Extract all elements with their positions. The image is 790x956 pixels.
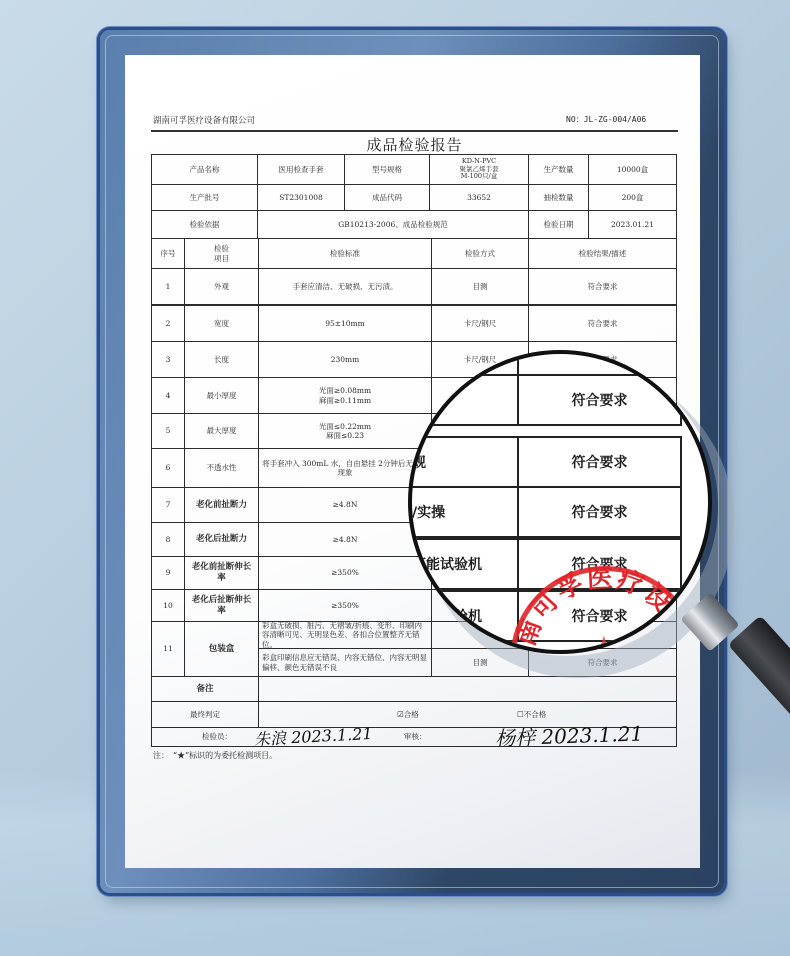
report-title: 成品检验报告 <box>151 134 678 155</box>
magnified-method: 厚度规 <box>408 436 519 488</box>
row-no: 10 <box>151 589 185 622</box>
magnified-result: 符合要求 <box>517 436 682 488</box>
value-batch: ST2301008 <box>257 184 345 211</box>
row-no: 11 <box>151 621 185 677</box>
label-batch: 生产批号 <box>151 184 258 211</box>
magnified-method: 电子万能试验机 <box>408 538 519 590</box>
row-item: 最小厚度 <box>184 377 259 414</box>
magnified-result: 符合要求 <box>517 374 682 426</box>
row-no: 4 <box>151 377 185 414</box>
company-name: 湖南可孚医疗设备有限公司 <box>153 114 255 126</box>
row-no: 3 <box>151 341 185 378</box>
row-no: 2 <box>151 305 185 342</box>
label-final: 最终判定 <box>151 701 259 728</box>
reviewer-signature: 杨梓 2023.1.21 <box>495 717 644 751</box>
label-sample-qty: 抽检数量 <box>528 184 589 211</box>
inspector-label: 检验员： <box>202 732 232 741</box>
row-standard: 手套应清洁、无破损、无污渍。 <box>258 268 432 305</box>
row-item: 长度 <box>184 341 259 378</box>
row-standard: 将手套冲入 300mL 水，自由悬挂 2分钟后无渗漏现象 <box>258 448 432 488</box>
col-item: 检验 项目 <box>184 238 259 269</box>
row-item: 包装盒 <box>184 621 259 677</box>
pass-checkbox[interactable]: ☑合格 <box>397 710 419 719</box>
magnifier-lens: 卡尺/钢尺符合要求厚度规符合要求厚度规符合要求目视/实操符合要求电子万能试验机符… <box>408 350 712 654</box>
value-code: 33652 <box>429 184 529 211</box>
label-prod-qty: 生产数量 <box>528 154 589 185</box>
seal-text: 湖南可孚医疗设备有限公司 <box>510 566 700 654</box>
magnified-result: 符合要求 <box>517 350 682 376</box>
row-standard: ≥350% <box>258 556 432 590</box>
label-basis: 检验依据 <box>151 210 258 239</box>
label-remarks: 备注 <box>151 676 259 702</box>
magnifier-handle <box>728 615 790 734</box>
row-standard: 彩盒无破损、脏污、无褶皱/折痕、变形、印刷内容清晰可见、无明显色差、各扣合位置整… <box>258 621 432 649</box>
col-no: 序号 <box>151 238 185 269</box>
reviewer-label: 审核： <box>404 732 427 741</box>
row-no: 1 <box>151 268 185 305</box>
row-no: 6 <box>151 448 185 488</box>
row-no: 8 <box>151 522 185 557</box>
value-date: 2023.01.21 <box>588 210 677 239</box>
col-method: 检验方式 <box>431 238 529 269</box>
row-item: 最大厚度 <box>184 413 259 449</box>
row-standard-b: 彩盒印刷信息应无错误、内容无错位、内容无明显偏移、颜色无错误不良 <box>258 648 432 677</box>
row-standard: 95±10mm <box>258 305 432 342</box>
row-standard: ≥4.8N <box>258 522 432 557</box>
magnified-method: 卡尺/钢尺 <box>408 350 519 376</box>
row-item: 老化前扯断力 <box>184 487 259 523</box>
value-product-name: 医用检查手套 <box>257 154 345 185</box>
row-item: 老化前扯断伸长率 <box>184 556 259 590</box>
magnified-method: 目视/实操 <box>408 486 519 538</box>
col-standard: 检验标准 <box>258 238 432 269</box>
document-number: NO：JL-ZG-004/A06 <box>566 114 646 125</box>
row-no: 7 <box>151 487 185 523</box>
row-method: 卡尺/钢尺 <box>431 305 529 342</box>
header-rule <box>151 130 678 132</box>
row-no: 9 <box>151 556 185 590</box>
row-no: 5 <box>151 413 185 449</box>
row-item: 老化后扯断力 <box>184 522 259 557</box>
magnified-method: 厚度规 <box>408 374 519 426</box>
label-model: 型号规格 <box>344 154 430 185</box>
row-method: 目测 <box>431 648 529 677</box>
row-result: 符合要求 <box>528 268 677 305</box>
svg-text:湖南可孚医疗设备有限公司: 湖南可孚医疗设备有限公司 <box>510 566 700 654</box>
magnified-method: 电子万能试验机 <box>408 590 519 642</box>
value-basis: GB10213-2006、成品检验规范 <box>257 210 529 239</box>
value-sample-qty: 200盒 <box>588 184 677 211</box>
row-item: 不透水性 <box>184 448 259 488</box>
value-model: KD-N-PVC 聚氯乙烯手套 M-100只/盒 <box>429 154 529 185</box>
magnified-result: 符合要求 <box>517 486 682 538</box>
row-standard: 光面≤0.22mm 麻面≤0.23 <box>258 413 432 449</box>
fail-checkbox[interactable]: ☐不合格 <box>517 710 546 719</box>
col-result: 检验结果/描述 <box>528 238 677 269</box>
value-prod-qty: 10000盒 <box>588 154 677 185</box>
label-date: 检验日期 <box>528 210 589 239</box>
row-method: 目测 <box>431 268 529 305</box>
row-item: 外观 <box>184 268 259 305</box>
row-standard: 光面≥0.08mm 麻面≥0.11mm <box>258 377 432 414</box>
label-code: 成品代码 <box>344 184 430 211</box>
row-standard: 230mm <box>258 341 432 378</box>
row-result: 符合要求 <box>528 305 677 342</box>
row-standard: ≥350% <box>258 589 432 622</box>
value-remarks <box>258 676 677 702</box>
row-item: 老化后扯断伸长率 <box>184 589 259 622</box>
label-product-name: 产品名称 <box>151 154 258 185</box>
row-item: 宽度 <box>184 305 259 342</box>
row-standard: ≥4.8N <box>258 487 432 523</box>
footnote: 注： “★”标识的为委托检测项目。 <box>153 750 277 761</box>
